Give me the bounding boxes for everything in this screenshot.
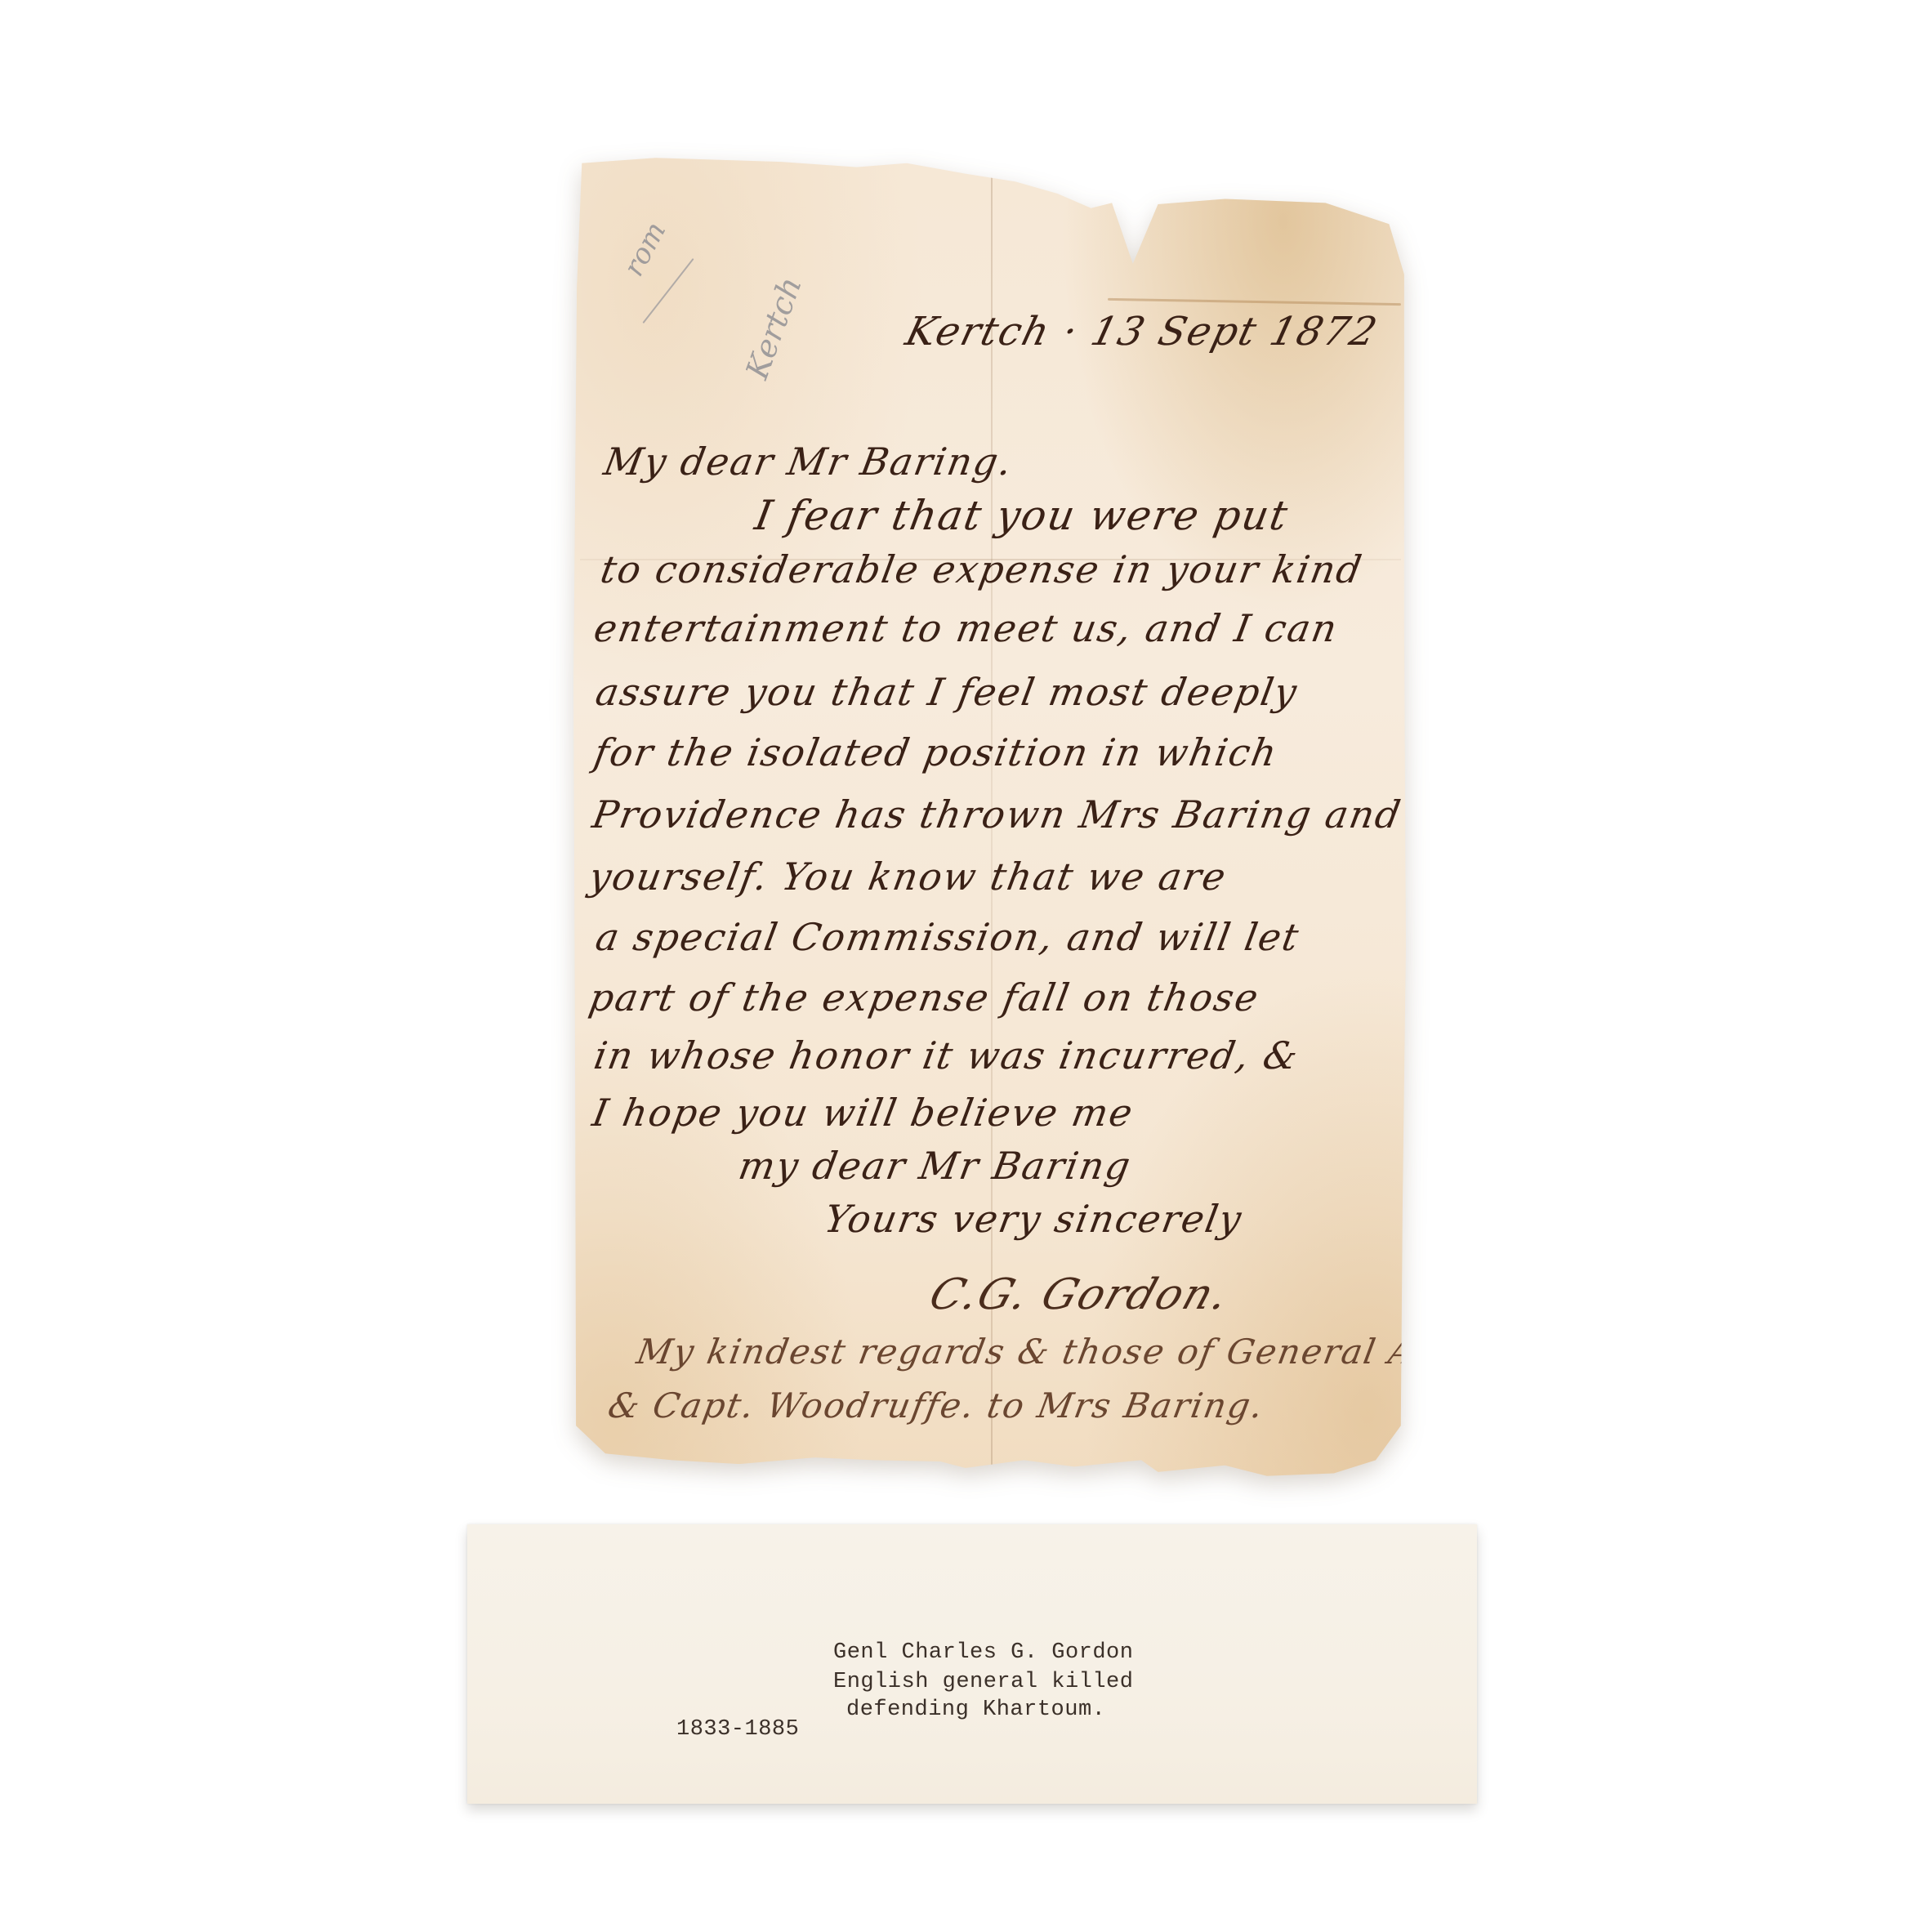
signature: C.G. Gordon.: [923, 1270, 1236, 1319]
card-description-line2: defending Khartoum.: [846, 1698, 1105, 1722]
pencil-corner-note: rom: [618, 216, 673, 282]
body-line: in whose honor it was incurred, &: [591, 1033, 1302, 1078]
pencil-place-note: Kertch: [738, 272, 808, 383]
postscript-line: & Capt. Woodruffe. to Mrs Baring.: [605, 1385, 1268, 1426]
letter-paper: rom Kertch Kertch · 13 Sept 1872 My dear…: [572, 155, 1409, 1479]
body-line: yourself. You know that we are: [586, 854, 1230, 899]
card-description-line1: English general killed: [833, 1670, 1133, 1694]
letter: rom Kertch Kertch · 13 Sept 1872 My dear…: [572, 155, 1409, 1479]
closing-address: my dear Mr Baring: [735, 1144, 1135, 1188]
body-line: a special Commission, and will let: [592, 915, 1303, 959]
postscript-line: My kindest regards & those of General Ad…: [634, 1332, 1486, 1372]
tide-stain: [1108, 298, 1401, 306]
body-line: to considerable expense in your kind: [597, 547, 1366, 591]
typed-label-card: Genl Charles G. Gordon English general k…: [467, 1524, 1477, 1804]
card-dates: 1833-1885: [676, 1717, 799, 1742]
body-line: Providence has thrown Mrs Baring and: [589, 792, 1405, 837]
body-line: for the isolated position in which: [591, 730, 1281, 774]
salutation: My dear Mr Baring.: [600, 439, 1016, 484]
body-line: assure you that I feel most deeply: [592, 670, 1301, 714]
card-name: Genl Charles G. Gordon: [833, 1640, 1133, 1665]
body-line: part of the expense fall on those: [586, 975, 1263, 1020]
dateline: Kertch · 13 Sept 1872: [901, 309, 1383, 355]
body-line: I fear that you were put: [752, 492, 1292, 539]
closing-valediction: Yours very sincerely: [821, 1197, 1246, 1241]
body-line: entertainment to meet us, and I can: [591, 606, 1341, 650]
body-line: I hope you will believe me: [589, 1091, 1137, 1135]
